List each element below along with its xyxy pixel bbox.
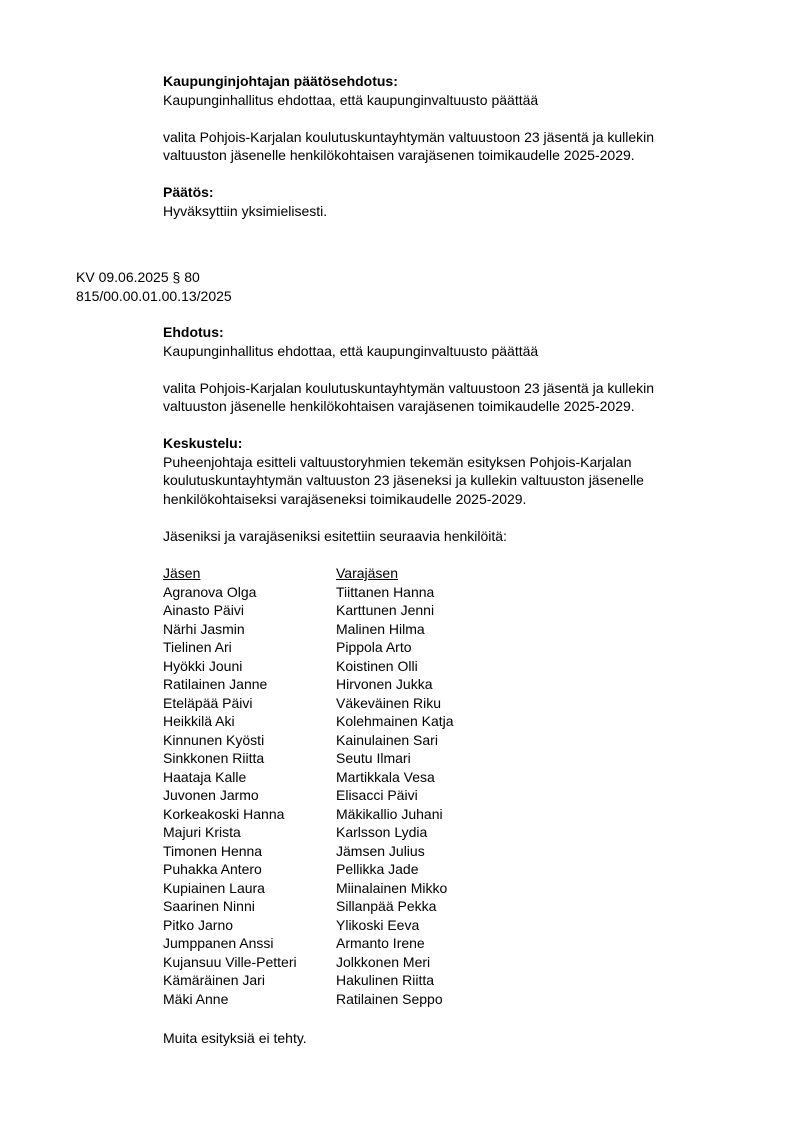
meeting-reference: KV 09.06.2025 § 80 xyxy=(76,268,200,287)
member-name: Agranova Olga xyxy=(163,583,256,602)
deputy-name: Miinalainen Mikko xyxy=(336,879,447,898)
table-row: Puhakka AnteroPellikka Jade xyxy=(163,860,483,879)
motion-intro: Kaupunginhallitus ehdottaa, että kaupung… xyxy=(163,342,538,361)
member-name: Juvonen Jarmo xyxy=(163,786,259,805)
proposal-heading: Kaupunginjohtajan päätösehdotus: xyxy=(163,72,398,91)
member-name: Puhakka Antero xyxy=(163,860,262,879)
discussion-heading: Keskustelu: xyxy=(163,434,242,453)
table-row: Pitko JarnoYlikoski Eeva xyxy=(163,916,483,935)
member-name: Eteläpää Päivi xyxy=(163,694,253,713)
table-row: Timonen HennaJämsen Julius xyxy=(163,842,483,861)
motion-body-line: valita Pohjois-Karjalan koulutuskuntayht… xyxy=(163,379,654,398)
deputy-name: Tiittanen Hanna xyxy=(336,583,434,602)
deputy-name: Armanto Irene xyxy=(336,934,425,953)
discussion-line: koulutuskuntayhtymän valtuuston 23 jäsen… xyxy=(163,471,644,490)
table-row: Haataja KalleMartikkala Vesa xyxy=(163,768,483,787)
deputy-name: Pippola Arto xyxy=(336,638,412,657)
table-row: Jumppanen AnssiArmanto Irene xyxy=(163,934,483,953)
table-row: Juvonen JarmoElisacci Päivi xyxy=(163,786,483,805)
table-row: Kinnunen KyöstiKainulainen Sari xyxy=(163,731,483,750)
motion-heading: Ehdotus: xyxy=(163,323,224,342)
member-name: Korkeakoski Hanna xyxy=(163,805,284,824)
table-row: Korkeakoski HannaMäkikallio Juhani xyxy=(163,805,483,824)
member-name: Jumppanen Anssi xyxy=(163,934,274,953)
table-row: Agranova OlgaTiittanen Hanna xyxy=(163,583,483,602)
member-name: Kämäräinen Jari xyxy=(163,971,265,990)
member-name: Mäki Anne xyxy=(163,990,228,1009)
table-row: Sinkkonen RiittaSeutu Ilmari xyxy=(163,749,483,768)
table-row: Saarinen NinniSillanpää Pekka xyxy=(163,897,483,916)
table-row: Heikkilä AkiKolehmainen Katja xyxy=(163,712,483,731)
member-name: Kujansuu Ville-Petteri xyxy=(163,953,297,972)
table-row: Tielinen AriPippola Arto xyxy=(163,638,483,657)
closing-text: Muita esityksiä ei tehty. xyxy=(163,1029,307,1048)
table-row: Eteläpää PäiviVäkeväinen Riku xyxy=(163,694,483,713)
member-name: Majuri Krista xyxy=(163,823,241,842)
deputy-name: Sillanpää Pekka xyxy=(336,897,436,916)
deputy-name: Martikkala Vesa xyxy=(336,768,435,787)
member-name: Timonen Henna xyxy=(163,842,262,861)
discussion-line: Puheenjohtaja esitteli valtuustoryhmien … xyxy=(163,453,631,472)
table-row: Närhi JasminMalinen Hilma xyxy=(163,620,483,639)
header-member: Jäsen xyxy=(163,564,200,583)
table-header: Jäsen Varajäsen xyxy=(163,564,483,583)
member-table: Jäsen Varajäsen Agranova OlgaTiittanen H… xyxy=(163,564,483,1008)
deputy-name: Karttunen Jenni xyxy=(336,601,434,620)
table-row: Mäki AnneRatilainen Seppo xyxy=(163,990,483,1009)
member-name: Saarinen Ninni xyxy=(163,897,255,916)
member-name: Hyökki Jouni xyxy=(163,657,242,676)
deputy-name: Mäkikallio Juhani xyxy=(336,805,443,824)
member-name: Sinkkonen Riitta xyxy=(163,749,264,768)
member-name: Kinnunen Kyösti xyxy=(163,731,264,750)
table-row: Hyökki JouniKoistinen Olli xyxy=(163,657,483,676)
member-name: Närhi Jasmin xyxy=(163,620,245,639)
member-name: Heikkilä Aki xyxy=(163,712,235,731)
deputy-name: Koistinen Olli xyxy=(336,657,418,676)
proposal-body-line: valita Pohjois-Karjalan koulutuskuntayht… xyxy=(163,128,654,147)
deputy-name: Hirvonen Jukka xyxy=(336,675,433,694)
deputy-name: Jämsen Julius xyxy=(336,842,425,861)
deputy-name: Kolehmainen Katja xyxy=(336,712,454,731)
deputy-name: Pellikka Jade xyxy=(336,860,419,879)
member-name: Pitko Jarno xyxy=(163,916,233,935)
proposal-intro: Kaupunginhallitus ehdottaa, että kaupung… xyxy=(163,91,538,110)
deputy-name: Kainulainen Sari xyxy=(336,731,438,750)
table-row: Kujansuu Ville-PetteriJolkkonen Meri xyxy=(163,953,483,972)
deputy-name: Ylikoski Eeva xyxy=(336,916,419,935)
member-name: Ratilainen Janne xyxy=(163,675,267,694)
deputy-name: Karlsson Lydia xyxy=(336,823,427,842)
decision-text: Hyväksyttiin yksimielisesti. xyxy=(163,202,327,221)
table-row: Majuri KristaKarlsson Lydia xyxy=(163,823,483,842)
member-name: Kupiainen Laura xyxy=(163,879,265,898)
deputy-name: Väkeväinen Riku xyxy=(336,694,441,713)
motion-body-line: valtuuston jäsenelle henkilökohtaisen va… xyxy=(163,397,635,416)
list-intro: Jäseniksi ja varajäseniksi esitettiin se… xyxy=(163,527,507,546)
deputy-name: Malinen Hilma xyxy=(336,620,425,639)
decision-heading: Päätös: xyxy=(163,183,214,202)
member-name: Ainasto Päivi xyxy=(163,601,244,620)
deputy-name: Jolkkonen Meri xyxy=(336,953,430,972)
deputy-name: Seutu Ilmari xyxy=(336,749,411,768)
table-row: Kupiainen LauraMiinalainen Mikko xyxy=(163,879,483,898)
table-row: Kämäräinen JariHakulinen Riitta xyxy=(163,971,483,990)
deputy-name: Ratilainen Seppo xyxy=(336,990,443,1009)
table-row: Ratilainen JanneHirvonen Jukka xyxy=(163,675,483,694)
table-row: Ainasto PäiviKarttunen Jenni xyxy=(163,601,483,620)
member-name: Tielinen Ari xyxy=(163,638,232,657)
header-deputy: Varajäsen xyxy=(336,564,398,583)
discussion-line: henkilökohtaiseksi varajäseneksi toimika… xyxy=(163,490,526,509)
deputy-name: Elisacci Päivi xyxy=(336,786,418,805)
deputy-name: Hakulinen Riitta xyxy=(336,971,434,990)
record-id: 815/00.00.01.00.13/2025 xyxy=(76,287,232,306)
proposal-body-line: valtuuston jäsenelle henkilökohtaisen va… xyxy=(163,146,635,165)
member-name: Haataja Kalle xyxy=(163,768,246,787)
